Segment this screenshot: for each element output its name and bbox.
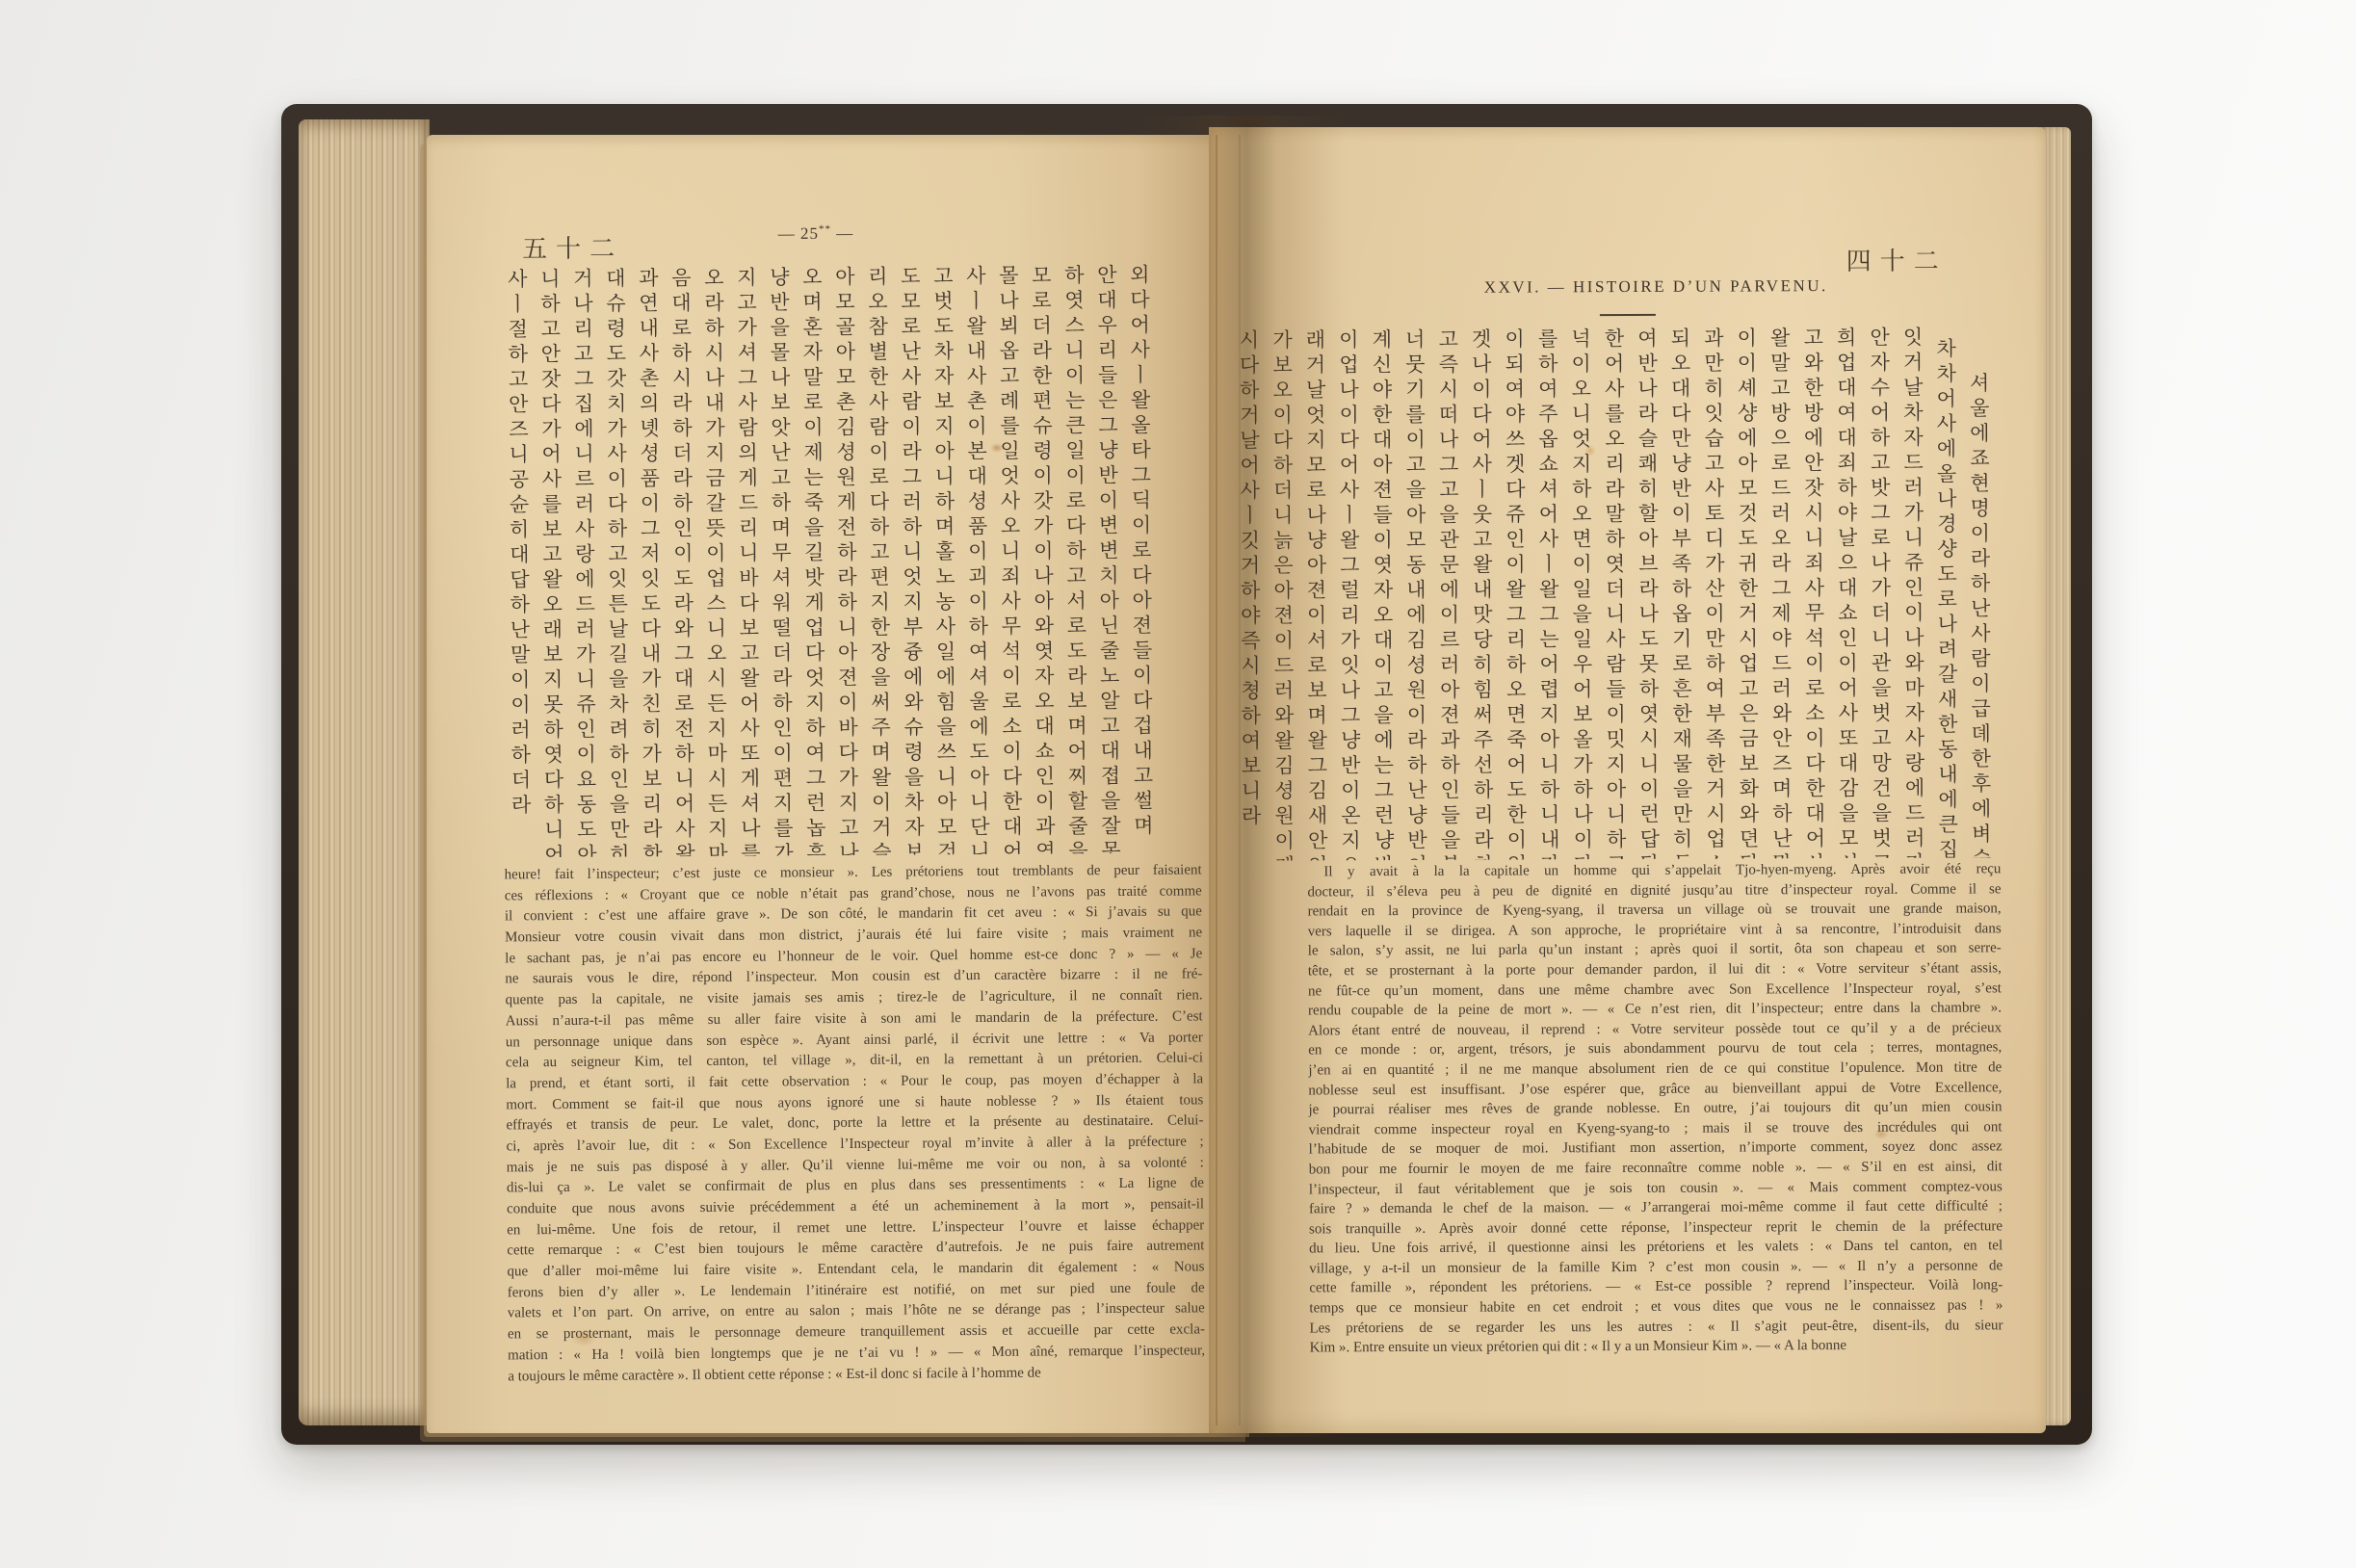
korean-column: 여반나라슬쾌히할아브라나도못하엿시니이런답답 xyxy=(1636,327,1659,859)
chapter-heading: XXVI. — HISTOIRE D’UN PARVENU. xyxy=(1484,276,1828,298)
french-line: Il y avait à la la capitale un homme qui… xyxy=(1307,859,2001,882)
korean-column: 니하고안잣다가어사를보고왈오래보지못하엿다하니어 xyxy=(538,268,563,857)
korean-column: 되오대다만냥반이부족하옵기로흔한재물을만히들 xyxy=(1669,327,1692,859)
korean-column: 과만히잇습고사토디가산이만하여부족한거시업스 xyxy=(1702,327,1725,859)
korean-text-left: 외다어사ㅣ왈올타그딕이로다아젼들이다겁내고썰며안대우리들은그냥반이변변치아닌줄노… xyxy=(506,264,1153,858)
gutter-crease xyxy=(1239,135,1241,1425)
korean-column: 고즉시떠나그고을관문에이르러아젼과하인들을불 xyxy=(1437,328,1460,860)
korean-column: 셔울에죠현명이라하난사람이급뎨한후에벼슬이 xyxy=(1968,326,1991,857)
korean-column: 겟나이다어사ㅣ웃고왈내맛당히힘써주선하리라하 xyxy=(1470,328,1493,860)
korean-column: 넉이오니엇지하오면이일을일우어보올가하나이다 xyxy=(1569,327,1592,859)
korean-column: 시다하거날어사ㅣ깃거하야즉시쳥하여보니라 xyxy=(1238,329,1261,861)
korean-column: 과연내사촌의녯셩품이그저잇도다내가친히가보리라한 xyxy=(637,267,662,856)
korean-column: 가보오이다하더니늙은아젼이드러와왈김셩원이계 xyxy=(1270,329,1294,861)
korean-column: 냥반을몰나보앗난고하며무셔워떨더라하인이편지를가 xyxy=(768,266,793,855)
french-line: temps que ce monsieur habite en cet endr… xyxy=(1309,1295,2003,1319)
french-line: rendait en la province de Kyeng-syang, i… xyxy=(1308,899,2002,922)
korean-text-right: 셔울에죠현명이라하난사람이급뎨한후에벼슬이차차어사에올나경샹도로나려갈새한동내에… xyxy=(1238,326,1991,860)
french-line: du lieu. Une fois arrivé, il questionne … xyxy=(1309,1237,2003,1260)
korean-column: 이업나이다어사ㅣ왈그럴리가잇나그냥반이온지오 xyxy=(1337,328,1360,860)
heading-rule xyxy=(1600,314,1656,316)
fore-edge-left xyxy=(299,119,430,1425)
korean-column: 지고가셔그사람의게드리니바다보고왈어사또게셔나를 xyxy=(735,267,760,856)
korean-column: 이되여야쓰겟다쥬인이왈그리하오면죽어도한이업 xyxy=(1504,327,1527,859)
korean-column: 오며혼자말로이제는죽을길밧게업다엇지하여그런놉흔 xyxy=(800,266,825,855)
korean-column: 몰나뵈옵고례를일엇사오니죄사무석이로소이다한대어 xyxy=(997,265,1022,854)
page-number-prefix: — 25 xyxy=(778,224,819,243)
korean-column: 도모로난사람이라그러하니엇지부즁에와슈령을차자보 xyxy=(899,265,924,854)
french-line: j’en ai en quantité ; il ne me manque ab… xyxy=(1308,1058,2002,1081)
page-number-sup: ** xyxy=(819,223,831,235)
korean-column: 아모골아모촌김셩원게전하라하니아젼이바다가지고나 xyxy=(833,266,858,855)
margin-label-right: 四十二 xyxy=(1846,242,1948,277)
french-text-right: Il y avait à la la capitale un homme qui… xyxy=(1307,859,2003,1358)
french-line: faire ? » demanda le chef de la maison. … xyxy=(1309,1196,2003,1219)
gutter-crease xyxy=(1216,135,1217,1425)
page-number: — 25** — xyxy=(748,223,883,245)
korean-column: 사ㅣ절하고안즈니공슌히대답하난말이이러하더라 xyxy=(506,268,531,857)
korean-column: 거나리고그집에니르러사랑에드러가니쥬인이요동도아 xyxy=(571,268,596,857)
korean-column: 모로더라한편슈령이갓가이나아와엿자오대쇼인이과연 xyxy=(1030,264,1055,853)
korean-column: 이이셰샹에아모것도귀한거시업고은금보화와뎐답 xyxy=(1736,327,1759,858)
korean-column: 음대로하시라하더라하인이도라와그대로전하니어사왈 xyxy=(669,267,694,856)
french-line: je pourrai réaliser mes rêves de grande … xyxy=(1308,1097,2002,1120)
french-text-left: heure! fait l’inspecteur; c’est juste ce… xyxy=(505,860,1206,1387)
french-line: rendu coupable de la peine de mort ». — … xyxy=(1308,998,2002,1021)
korean-column: 리오참별한사람이로다하고편지한장을써주며왈이거슬 xyxy=(866,266,891,855)
korean-column: 대슈령도갓치가사이다하고잇튼날길을차려하인을만히 xyxy=(604,268,629,857)
korean-column: 차차어사에올나경샹도로나려갈새한동내에큰집이 xyxy=(1934,327,1957,858)
korean-column: 한어사를오리라말하엿더니사람들이밋지아니하고 xyxy=(1603,327,1626,859)
korean-column: 외다어사ㅣ왈올타그딕이로다아젼들이다겁내고썰며 xyxy=(1128,264,1153,853)
korean-column: 계신야한대아젼들이엿자오대이고을에는그런냥반 xyxy=(1371,328,1394,860)
korean-column: 고와한방에안잣시니죄사무석이로소이다한대어사 xyxy=(1802,327,1825,858)
french-line: Kim ». Entre ensuite un vieux prétorien … xyxy=(1310,1336,2003,1359)
korean-column: 를하여주옵쇼셔어사ㅣ왈그는어렵지아니하니내가 xyxy=(1536,327,1559,859)
french-line: a toujours le même caractère ». Il obtie… xyxy=(508,1362,1205,1388)
korean-column: 고벗도차자보지아니하며홀노농사일에힘을쓰니아모것 xyxy=(931,265,956,854)
french-line: Les prétoriens de se regarder les uns le… xyxy=(1309,1316,2003,1339)
korean-column: 오라하시나내가지금갈뜻이업스니오시든지마시든지마 xyxy=(702,267,727,856)
margin-label-left: 五十二 xyxy=(522,229,623,266)
korean-column: 희업대여대죄하야날으대쇼인이어사또대감을모시 xyxy=(1835,327,1858,858)
korean-column: 래거날엇지모로나냥아젼이서로보며왈그김새안인 xyxy=(1304,328,1327,860)
french-line: bon pour me fournir le moyen de me faire… xyxy=(1309,1157,2003,1180)
korean-column: 너뭇기를이고을아모동내에김셩원이라하난냥반이 xyxy=(1403,328,1427,860)
page-number-suffix: — xyxy=(831,224,853,243)
french-line: tête, et se prosternant à la porte pour … xyxy=(1308,958,2002,981)
korean-column: 안자수어하고밧그로나가더니관을벗고망건을벗고 xyxy=(1869,327,1892,858)
photo-backdrop: 五十二 — 25** — 외다어사ㅣ왈올타그딕이로다아젼들이다겁내고썰며안대우리… xyxy=(0,0,2356,1568)
korean-column: 안대우리들은그냥반이변변치아닌줄노알고대졉을잘못 xyxy=(1095,264,1120,853)
korean-column: 하엿스니이는큰일이로다하고서로도라보며어찌할줄을 xyxy=(1062,264,1087,853)
korean-column: 잇거날차자드러가니쥬인이나와마자사랑에드러가 xyxy=(1901,327,1924,858)
page-right: 四十二 XXVI. — HISTOIRE D’UN PARVENU. 셔울에죠현… xyxy=(1209,127,2046,1433)
page-left: 五十二 — 25** — 외다어사ㅣ왈올타그딕이로다아젼들이다겁내고썰며안대우리… xyxy=(427,135,1252,1433)
korean-column: 왈말고방으로드러오라그제야드러와안즈며하난말 xyxy=(1768,327,1792,858)
korean-column: 사ㅣ왈내사촌이본대셩품이괴이하여셔울에도아니단니 xyxy=(964,265,989,854)
